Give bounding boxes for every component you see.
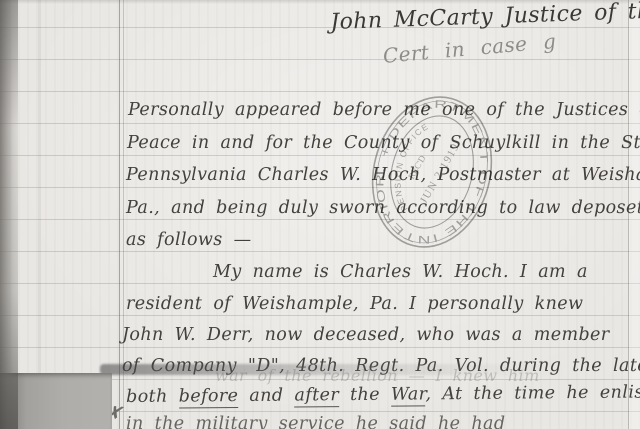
underlined-word: after — [294, 385, 339, 407]
stamp-date: JUN 2 1919 — [418, 141, 462, 206]
scan-edge-left — [0, 0, 18, 429]
plain-text-segment: the — [339, 385, 391, 405]
underlined-word: before — [179, 386, 239, 409]
plain-text-segment: , At the time he enlisted — [425, 382, 640, 404]
handwritten-line-8: John W. Derr, now deceased, who was a me… — [122, 325, 610, 345]
svg-text:+ DEPARTMENT OF THE INTERIOR.: + DEPARTMENT OF THE INTERIOR. — [358, 86, 505, 259]
scan-edge-top — [0, 0, 640, 4]
plain-text-segment: and — [238, 386, 294, 406]
handwritten-line-5: as follows — — [126, 230, 252, 250]
underlined-word: War — [391, 384, 426, 406]
plain-text-segment: both — [126, 387, 179, 407]
scan-smudge-band — [100, 364, 565, 375]
paper-crease-line — [38, 0, 41, 429]
scanned-affidavit-page: John McCarty Justice of the Peace Cert i… — [0, 0, 640, 429]
handwritten-line-cutoff: in the military service he said he had — [126, 414, 506, 429]
stamp-ring-text: + DEPARTMENT OF THE INTERIOR. — [358, 86, 505, 259]
stamp-recd-label: REC'D — [406, 153, 428, 181]
pension-office-stamp-icon: + DEPARTMENT OF THE INTERIOR. PENSION OF… — [347, 72, 517, 272]
handwritten-line-7: resident of Weishample, Pa. I personally… — [126, 294, 583, 314]
